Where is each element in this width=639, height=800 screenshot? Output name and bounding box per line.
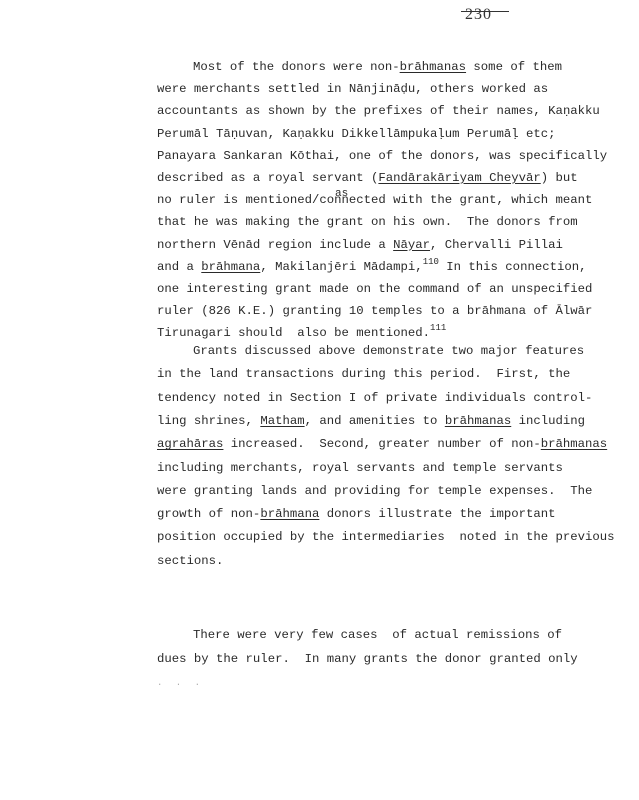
underlined-term: Fandārakāriyam Cheyvār bbox=[378, 171, 540, 185]
text-line: sections. bbox=[157, 555, 223, 567]
scan-artifact: · · · bbox=[157, 680, 204, 690]
text-run: including bbox=[511, 414, 585, 428]
underlined-term: agrahāras bbox=[157, 437, 223, 451]
text-run: position occupied by the intermediaries … bbox=[157, 530, 615, 544]
text-run: were merchants settled in Nānjināḍu, oth… bbox=[157, 82, 548, 96]
text-line: Perumāl Tāṇuvan, Kaṇakku Dikkellāmpukaḷu… bbox=[157, 128, 555, 140]
text-line: tendency noted in Section I of private i… bbox=[157, 392, 592, 404]
underlined-term: brāhmanas bbox=[400, 60, 466, 74]
text-run: growth of non- bbox=[157, 507, 260, 521]
text-run: in the land transactions during this per… bbox=[157, 367, 570, 381]
text-line: in the land transactions during this per… bbox=[157, 368, 570, 380]
underlined-term: brāhmana bbox=[260, 507, 319, 521]
text-line: growth of non-brāhmana donors illustrate… bbox=[157, 508, 556, 520]
text-run: described as a royal servant ( bbox=[157, 171, 378, 185]
footnote-ref: 111 bbox=[430, 323, 446, 333]
text-run: Most of the donors were non- bbox=[193, 60, 400, 74]
text-line: position occupied by the intermediaries … bbox=[157, 531, 615, 543]
text-line: and a brāhmana, Makilanjēri Mādampi,110 … bbox=[157, 261, 586, 273]
text-line: Tirunagari should also be mentioned.111 bbox=[157, 327, 446, 339]
text-line: accountants as shown by the prefixes of … bbox=[157, 105, 600, 117]
text-run: Perumāl Tāṇuvan, Kaṇakku Dikkellāmpukaḷu… bbox=[157, 127, 555, 141]
text-run: accountants as shown by the prefixes of … bbox=[157, 104, 600, 118]
text-line: northern Vēnād region include a Nāyar, C… bbox=[157, 239, 563, 251]
text-run: northern Vēnād region include a bbox=[157, 238, 393, 252]
page-number: 230 bbox=[465, 6, 492, 24]
text-run: There were very few cases of actual remi… bbox=[193, 628, 562, 642]
text-run: ruler (826 K.E.) granting 10 temples to … bbox=[157, 304, 592, 318]
text-run: , and amenities to bbox=[305, 414, 445, 428]
text-line: were granting lands and providing for te… bbox=[157, 485, 592, 497]
text-run: Tirunagari should also be mentioned. bbox=[157, 326, 430, 340]
text-run: including merchants, royal servants and … bbox=[157, 461, 563, 475]
text-run: increased. Second, greater number of non… bbox=[223, 437, 540, 451]
underlined-term: Nāyar bbox=[393, 238, 430, 252]
text-line: Most of the donors were non-brāhmanas so… bbox=[193, 61, 562, 73]
handwritten-insertion: as bbox=[335, 188, 348, 200]
text-line: one interesting grant made on the comman… bbox=[157, 283, 592, 295]
text-run: donors illustrate the important bbox=[319, 507, 555, 521]
underlined-term: Matham bbox=[260, 414, 304, 428]
text-line: Panayara Sankaran Kōthai, one of the don… bbox=[157, 150, 607, 162]
text-line: There were very few cases of actual remi… bbox=[193, 629, 562, 641]
page-number-overline bbox=[461, 11, 509, 12]
text-line: ling shrines, Matham, and amenities to b… bbox=[157, 415, 585, 427]
underlined-term: brāhmanas bbox=[541, 437, 607, 451]
text-run: Grants discussed above demonstrate two m… bbox=[193, 344, 584, 358]
text-run: tendency noted in Section I of private i… bbox=[157, 391, 592, 405]
text-line: including merchants, royal servants and … bbox=[157, 462, 563, 474]
text-line: were merchants settled in Nānjināḍu, oth… bbox=[157, 83, 548, 95]
text-run: some of them bbox=[466, 60, 562, 74]
footnote-ref: 110 bbox=[423, 257, 439, 267]
text-run: dues by the ruler. In many grants the do… bbox=[157, 652, 578, 666]
text-run: that he was making the grant on his own.… bbox=[157, 215, 578, 229]
text-line: described as a royal servant (Fandārakār… bbox=[157, 172, 578, 184]
underlined-term: brāhmana bbox=[201, 260, 260, 274]
text-run: sections. bbox=[157, 554, 223, 568]
text-run: , Chervalli Pillai bbox=[430, 238, 563, 252]
text-line: Grants discussed above demonstrate two m… bbox=[193, 345, 584, 357]
text-run: ling shrines, bbox=[157, 414, 260, 428]
text-run: were granting lands and providing for te… bbox=[157, 484, 592, 498]
text-line: agrahāras increased. Second, greater num… bbox=[157, 438, 607, 450]
text-run: In this connection, bbox=[439, 260, 587, 274]
text-run: and a bbox=[157, 260, 201, 274]
text-run: no ruler is mentioned/connected with the… bbox=[157, 193, 592, 207]
text-run: ) but bbox=[541, 171, 578, 185]
text-line: that he was making the grant on his own.… bbox=[157, 216, 578, 228]
underlined-term: brāhmanas bbox=[445, 414, 511, 428]
page-number-text: 230 bbox=[465, 6, 492, 23]
text-run: Panayara Sankaran Kōthai, one of the don… bbox=[157, 149, 607, 163]
text-line: ruler (826 K.E.) granting 10 temples to … bbox=[157, 305, 592, 317]
text-run: one interesting grant made on the comman… bbox=[157, 282, 592, 296]
text-run: , Makilanjēri Mādampi, bbox=[260, 260, 422, 274]
text-line: dues by the ruler. In many grants the do… bbox=[157, 653, 578, 665]
text-line: no ruler is mentioned/connected with the… bbox=[157, 194, 592, 206]
